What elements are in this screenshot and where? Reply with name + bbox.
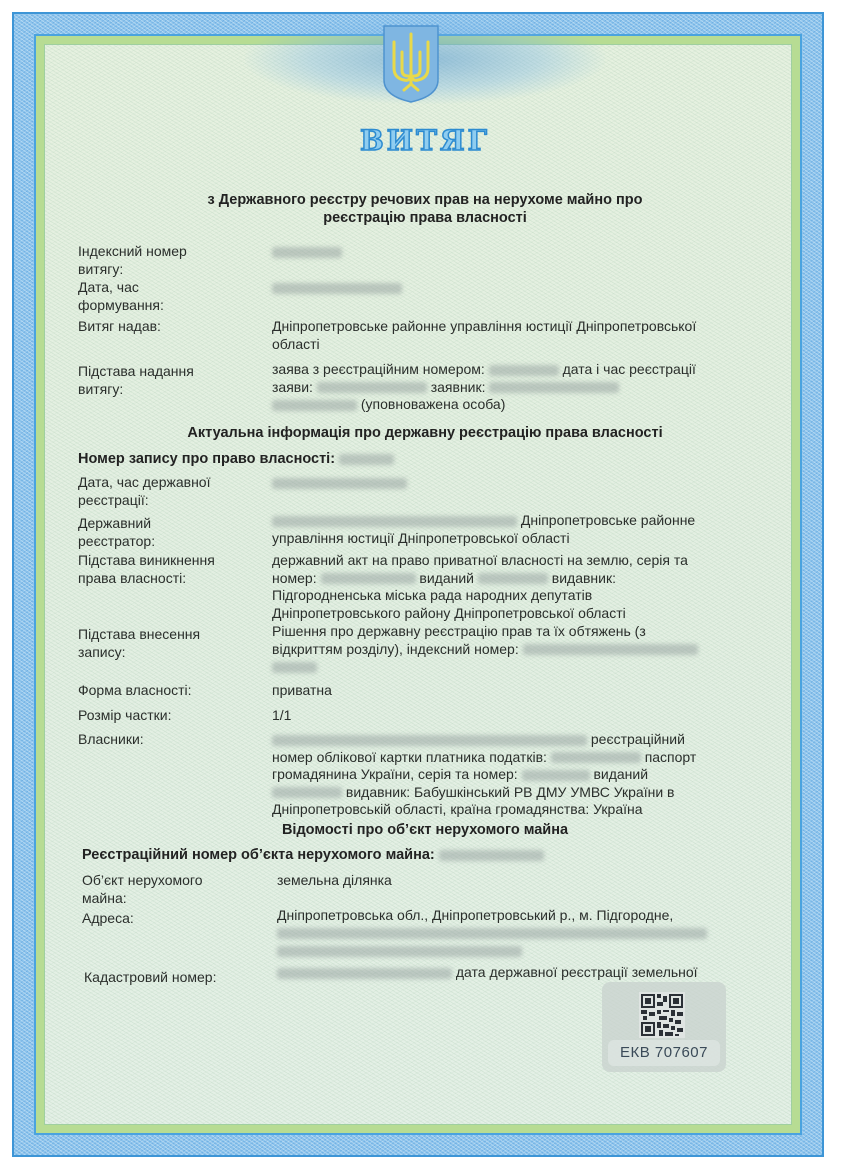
- value: дата державної реєстрації земельної: [456, 964, 698, 980]
- label: Власники:: [78, 731, 258, 749]
- label: формування:: [78, 297, 258, 315]
- value: відкриттям розділу), індексний номер:: [272, 641, 519, 657]
- label: Форма власності:: [78, 682, 258, 700]
- label: реєстратор:: [78, 533, 258, 551]
- redacted-value: [317, 382, 427, 393]
- document-title: ВИТЯГ: [0, 124, 850, 157]
- security-sticker: ЕКВ 707607: [602, 982, 726, 1072]
- label: Реєстраційний номер об’єкта нерухомого м…: [82, 847, 435, 863]
- label: витягу:: [78, 261, 258, 279]
- value: заявник:: [431, 379, 486, 395]
- redacted-value: [272, 283, 402, 294]
- label: Індексний номер: [78, 243, 258, 261]
- redacted-value: [439, 850, 544, 861]
- redacted-value: [272, 516, 517, 527]
- value: Дніпропетровська обл., Дніпропетровський…: [277, 907, 747, 925]
- value: видавник:: [552, 570, 616, 586]
- section-heading-ownership: Актуальна інформація про державну реєстр…: [0, 425, 850, 441]
- value: Дніпропетровське районне управління юсти…: [272, 318, 742, 336]
- redacted-value: [489, 365, 559, 376]
- subtitle-line-2: реєстрацію права власності: [0, 209, 850, 227]
- label: майна:: [82, 890, 262, 908]
- label: права власності:: [78, 570, 258, 588]
- redacted-value: [339, 454, 394, 465]
- redacted-value: [523, 644, 698, 655]
- label: Державний: [78, 515, 258, 533]
- redacted-value: [272, 662, 317, 673]
- value: області: [272, 336, 742, 354]
- redacted-value: [522, 770, 590, 781]
- redacted-value: [277, 968, 452, 979]
- redacted-value: [478, 573, 548, 584]
- redacted-value: [272, 400, 357, 411]
- value: номер:: [272, 570, 317, 586]
- value: виданий: [419, 570, 474, 586]
- value: номер облікової картки платника податків…: [272, 749, 547, 765]
- label: запису:: [78, 644, 258, 662]
- redacted-value: [272, 478, 407, 489]
- redacted-value: [272, 735, 587, 746]
- redacted-value: [551, 752, 641, 763]
- subtitle-line-1: з Державного реєстру речових прав на нер…: [0, 191, 850, 209]
- serial-number: ЕКВ 707607: [608, 1040, 720, 1066]
- value: державний акт на право приватної власнос…: [272, 552, 742, 570]
- label: Кадастровий номер:: [84, 969, 264, 987]
- label: витягу:: [78, 381, 258, 399]
- value: Рішення про державну реєстрацію прав та …: [272, 623, 742, 641]
- value: Підгородненська міська рада народних деп…: [272, 587, 742, 605]
- value: паспорт: [645, 749, 697, 765]
- qr-code-icon: [639, 992, 685, 1038]
- redacted-value: [272, 787, 342, 798]
- label: Розмір частки:: [78, 707, 258, 725]
- value: дата і час реєстрації: [563, 361, 696, 377]
- redacted-value: [321, 573, 416, 584]
- redacted-value: [277, 928, 707, 939]
- value: видавник: Бабушкінський РВ ДМУ УМВС Укра…: [346, 784, 675, 800]
- value: Дніпропетровське районне: [521, 512, 695, 528]
- value: приватна: [272, 682, 742, 700]
- section-heading-property: Відомості про об’єкт нерухомого майна: [0, 822, 850, 838]
- label: Підстава надання: [78, 363, 258, 381]
- value: (уповноважена особа): [361, 396, 505, 412]
- label: Витяг надав:: [78, 318, 258, 336]
- label: Дата, час: [78, 279, 258, 297]
- document-subtitle: з Державного реєстру речових прав на нер…: [0, 191, 850, 227]
- coat-of-arms-icon: [382, 24, 440, 104]
- label: реєстрації:: [78, 492, 258, 510]
- redacted-value: [277, 946, 522, 957]
- value: громадянина України, серія та номер:: [272, 766, 518, 782]
- label: Підстава виникнення: [78, 552, 258, 570]
- value: земельна ділянка: [277, 872, 747, 890]
- value: управління юстиції Дніпропетровської обл…: [272, 530, 742, 548]
- label: Дата, час державної: [78, 474, 258, 492]
- value: реєстраційний: [591, 731, 685, 747]
- property-registration-number: Реєстраційний номер об’єкта нерухомого м…: [82, 847, 544, 863]
- value: 1/1: [272, 707, 742, 725]
- redacted-value: [272, 247, 342, 258]
- value: Дніпропетровського району Дніпропетровсь…: [272, 605, 742, 623]
- label: Номер запису про право власності:: [78, 451, 335, 467]
- value: заява з реєстраційним номером:: [272, 361, 485, 377]
- redacted-value: [489, 382, 619, 393]
- value: заяви:: [272, 379, 313, 395]
- value: Дніпропетровській області, країна громад…: [272, 801, 742, 819]
- label: Підстава внесення: [78, 626, 258, 644]
- label: Об’єкт нерухомого: [82, 872, 262, 890]
- label: Адреса:: [82, 910, 262, 928]
- ownership-record-number: Номер запису про право власності:: [78, 451, 394, 467]
- value: виданий: [593, 766, 648, 782]
